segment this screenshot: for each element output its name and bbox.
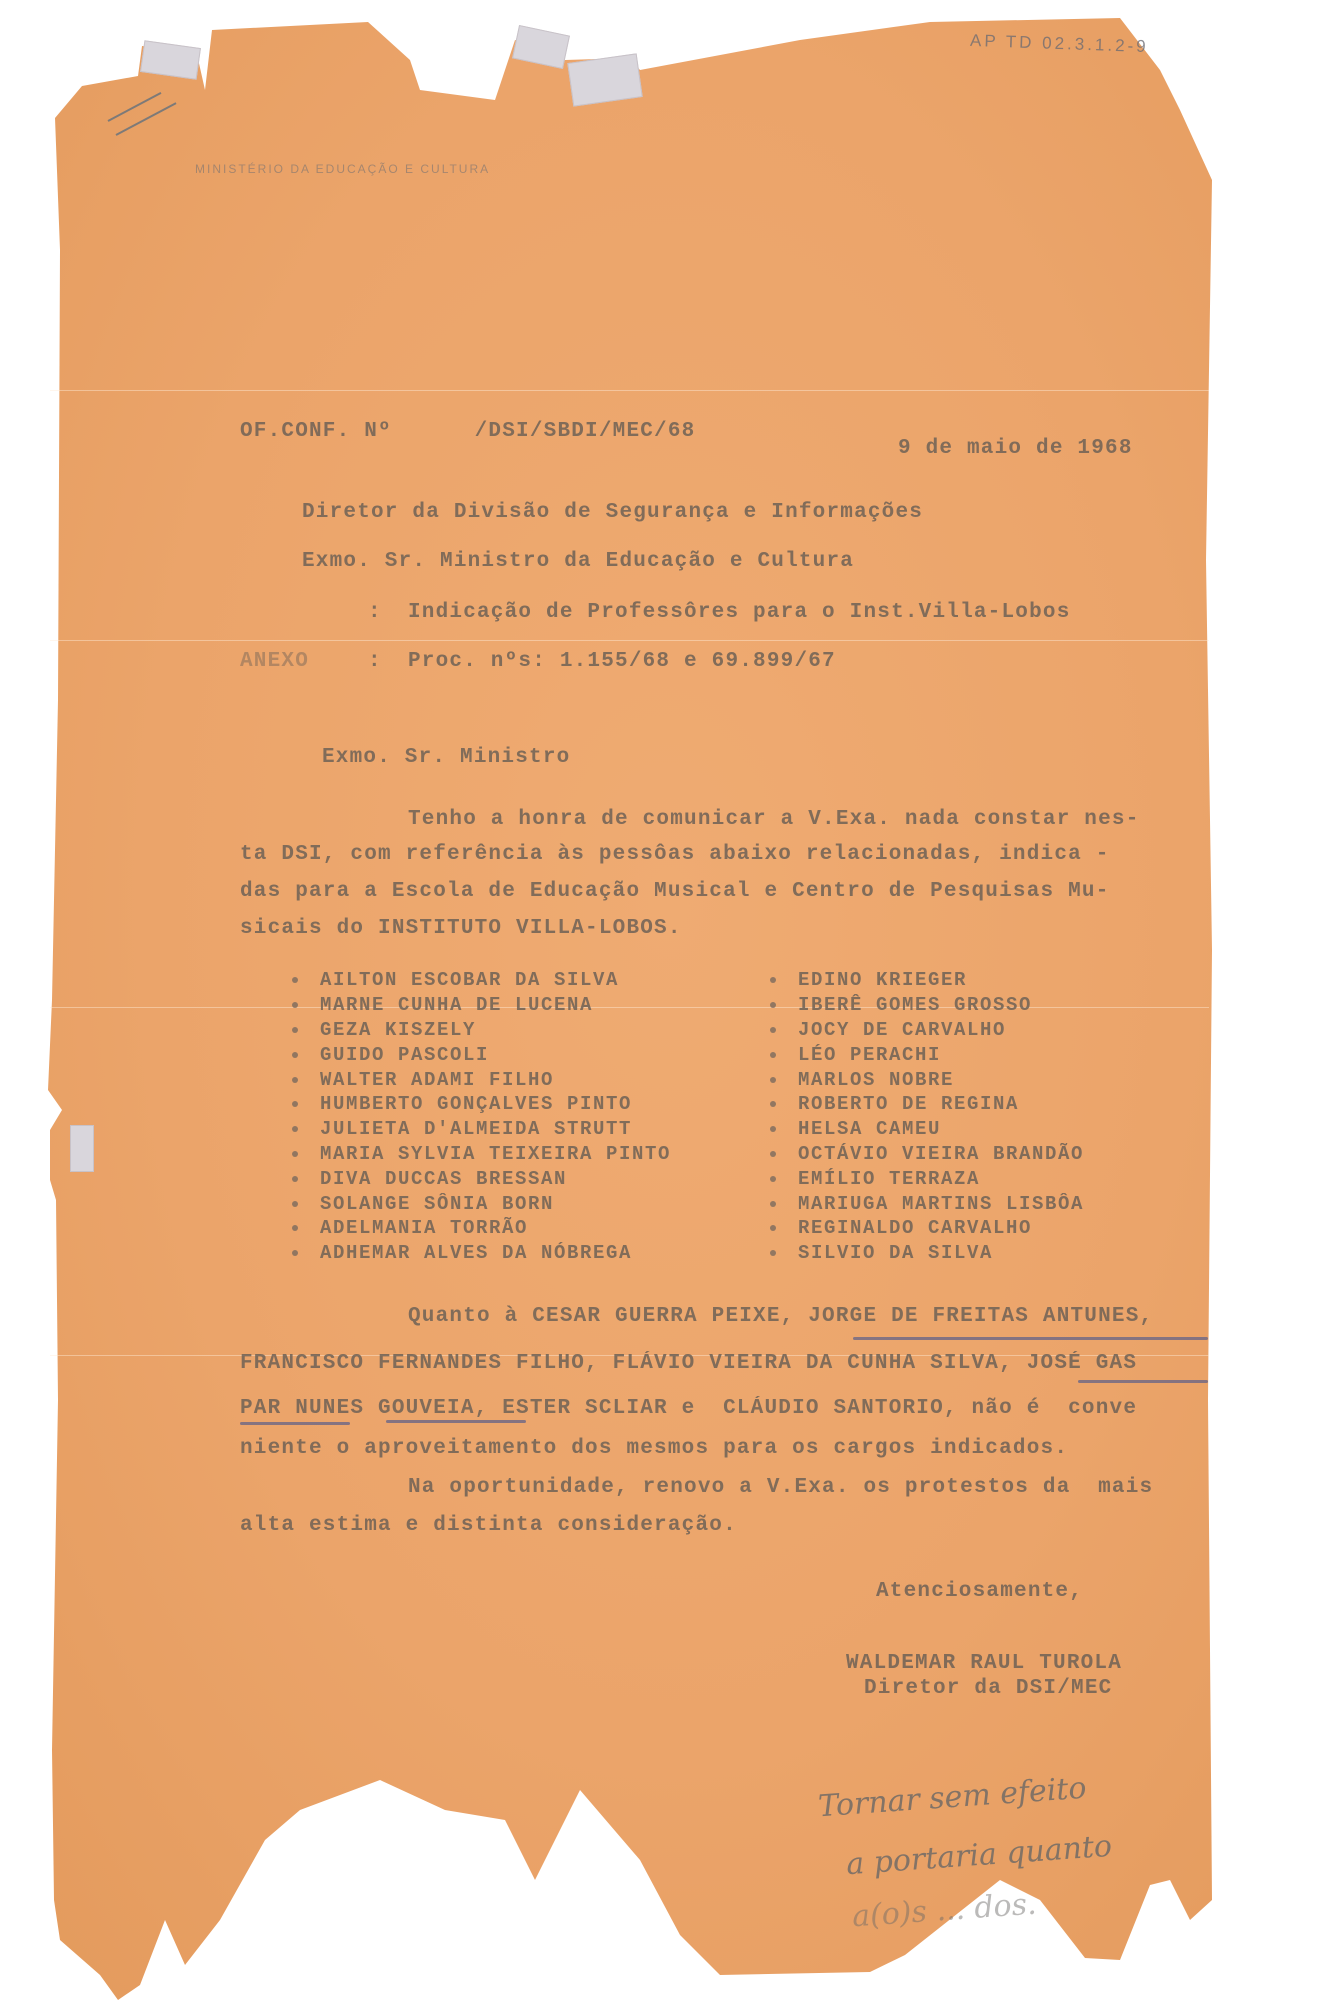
bullet-icon xyxy=(292,1126,298,1132)
signatory-title: Diretor da DSI/MEC xyxy=(864,1677,1112,1700)
list-item: ADELMANIA TORRÃO xyxy=(292,1216,671,1241)
bullet-icon xyxy=(770,1077,776,1083)
subject-line: Indicação de Professôres para o Inst.Vil… xyxy=(408,601,1071,624)
list-item: AILTON ESCOBAR DA SILVA xyxy=(292,968,671,993)
paragraph-2-line-3: PAR NUNES GOUVEIA, ESTER SCLIAR e CLÁUDI… xyxy=(240,1397,1137,1420)
underline-mark xyxy=(386,1420,526,1423)
bullet-icon xyxy=(770,1225,776,1231)
signatory-name: WALDEMAR RAUL TUROLA xyxy=(846,1652,1122,1675)
bullet-icon xyxy=(770,1101,776,1107)
recipient-line: Exmo. Sr. Ministro da Educação e Cultura xyxy=(302,550,854,573)
list-item: WALTER ADAMI FILHO xyxy=(292,1067,671,1092)
closing: Atenciosamente, xyxy=(876,1580,1083,1603)
list-item: EDINO KRIEGER xyxy=(770,968,1084,993)
paper-curl xyxy=(70,1125,94,1172)
names-list-right: EDINO KRIEGER IBERÊ GOMES GROSSO JOCY DE… xyxy=(770,968,1084,1266)
list-item: HELSA CAMEU xyxy=(770,1117,1084,1142)
bullet-icon xyxy=(770,977,776,983)
underline-mark xyxy=(853,1337,1208,1340)
list-item: MARNE CUNHA DE LUCENA xyxy=(292,993,671,1018)
list-item: MARIA SYLVIA TEIXEIRA PINTO xyxy=(292,1142,671,1167)
paragraph-3-line-2: alta estima e distinta consideração. xyxy=(240,1514,737,1537)
bullet-icon xyxy=(292,1077,298,1083)
bullet-icon xyxy=(292,1201,298,1207)
list-item: MARIUGA MARTINS LISBÔA xyxy=(770,1191,1084,1216)
paragraph-2-line-1: Quanto à CESAR GUERRA PEIXE, JORGE DE FR… xyxy=(408,1305,1153,1328)
bullet-icon xyxy=(292,1052,298,1058)
document-date: 9 de maio de 1968 xyxy=(898,437,1133,460)
bullet-icon xyxy=(770,1052,776,1058)
bullet-icon xyxy=(292,1225,298,1231)
paragraph-1-line-4: sicais do INSTITUTO VILLA-LOBOS. xyxy=(240,917,682,940)
list-item: MARLOS NOBRE xyxy=(770,1067,1084,1092)
paper-crease xyxy=(50,390,1209,391)
paragraph-1-line-1: Tenho a honra de comunicar a V.Exa. nada… xyxy=(408,808,1140,831)
list-item: LÉO PERACHI xyxy=(770,1042,1084,1067)
underline-mark xyxy=(240,1422,350,1425)
list-item: GEZA KISZELY xyxy=(292,1018,671,1043)
paragraph-1-line-3: das para a Escola de Educação Musical e … xyxy=(240,880,1110,903)
sender-line: Diretor da Divisão de Segurança e Inform… xyxy=(302,501,923,524)
letterhead: MINISTÉRIO DA EDUCAÇÃO E CULTURA xyxy=(195,162,490,176)
bullet-icon xyxy=(292,1101,298,1107)
annex-line: Proc. nºs: 1.155/68 e 69.899/67 xyxy=(408,650,836,673)
bullet-icon xyxy=(292,1151,298,1157)
bullet-icon xyxy=(292,1002,298,1008)
paragraph-1-line-2: ta DSI, com referência às pessôas abaixo… xyxy=(240,843,1110,866)
list-item: GUIDO PASCOLI xyxy=(292,1042,671,1067)
bullet-icon xyxy=(770,1201,776,1207)
bullet-icon xyxy=(770,1027,776,1033)
paper-crease xyxy=(50,640,1209,641)
paragraph-2-line-2: FRANCISCO FERNANDES FILHO, FLÁVIO VIEIRA… xyxy=(240,1352,1137,1375)
bullet-icon xyxy=(770,1002,776,1008)
paragraph-2-line-4: niente o aproveitamento dos mesmos para … xyxy=(240,1437,1068,1460)
list-item: OCTÁVIO VIEIRA BRANDÃO xyxy=(770,1142,1084,1167)
salutation: Exmo. Sr. Ministro xyxy=(322,746,570,769)
list-item: JULIETA D'ALMEIDA STRUTT xyxy=(292,1117,671,1142)
list-item: SILVIO DA SILVA xyxy=(770,1241,1084,1266)
reference-line: OF.CONF. Nº /DSI/SBDI/MEC/68 xyxy=(240,420,695,443)
bullet-icon xyxy=(770,1126,776,1132)
list-item: IBERÊ GOMES GROSSO xyxy=(770,993,1084,1018)
bullet-icon xyxy=(292,1027,298,1033)
bullet-icon xyxy=(292,977,298,983)
bullet-icon xyxy=(770,1176,776,1182)
bullet-icon xyxy=(292,1176,298,1182)
bullet-icon xyxy=(770,1250,776,1256)
list-item: JOCY DE CARVALHO xyxy=(770,1018,1084,1043)
bullet-icon xyxy=(292,1250,298,1256)
names-list-left: AILTON ESCOBAR DA SILVA MARNE CUNHA DE L… xyxy=(292,968,671,1266)
list-item: EMÍLIO TERRAZA xyxy=(770,1166,1084,1191)
bullet-icon xyxy=(770,1151,776,1157)
list-item: ADHEMAR ALVES DA NÓBREGA xyxy=(292,1241,671,1266)
annex-marker: : xyxy=(368,650,382,673)
list-item: ROBERTO DE REGINA xyxy=(770,1092,1084,1117)
list-item: SOLANGE SÔNIA BORN xyxy=(292,1191,671,1216)
subject-marker: : xyxy=(368,601,382,624)
paragraph-3-line-1: Na oportunidade, renovo a V.Exa. os prot… xyxy=(408,1476,1153,1499)
list-item: REGINALDO CARVALHO xyxy=(770,1216,1084,1241)
list-item: HUMBERTO GONÇALVES PINTO xyxy=(292,1092,671,1117)
list-item: DIVA DUCCAS BRESSAN xyxy=(292,1166,671,1191)
underline-mark xyxy=(1078,1380,1208,1383)
annex-label: ANEXO xyxy=(240,650,309,673)
